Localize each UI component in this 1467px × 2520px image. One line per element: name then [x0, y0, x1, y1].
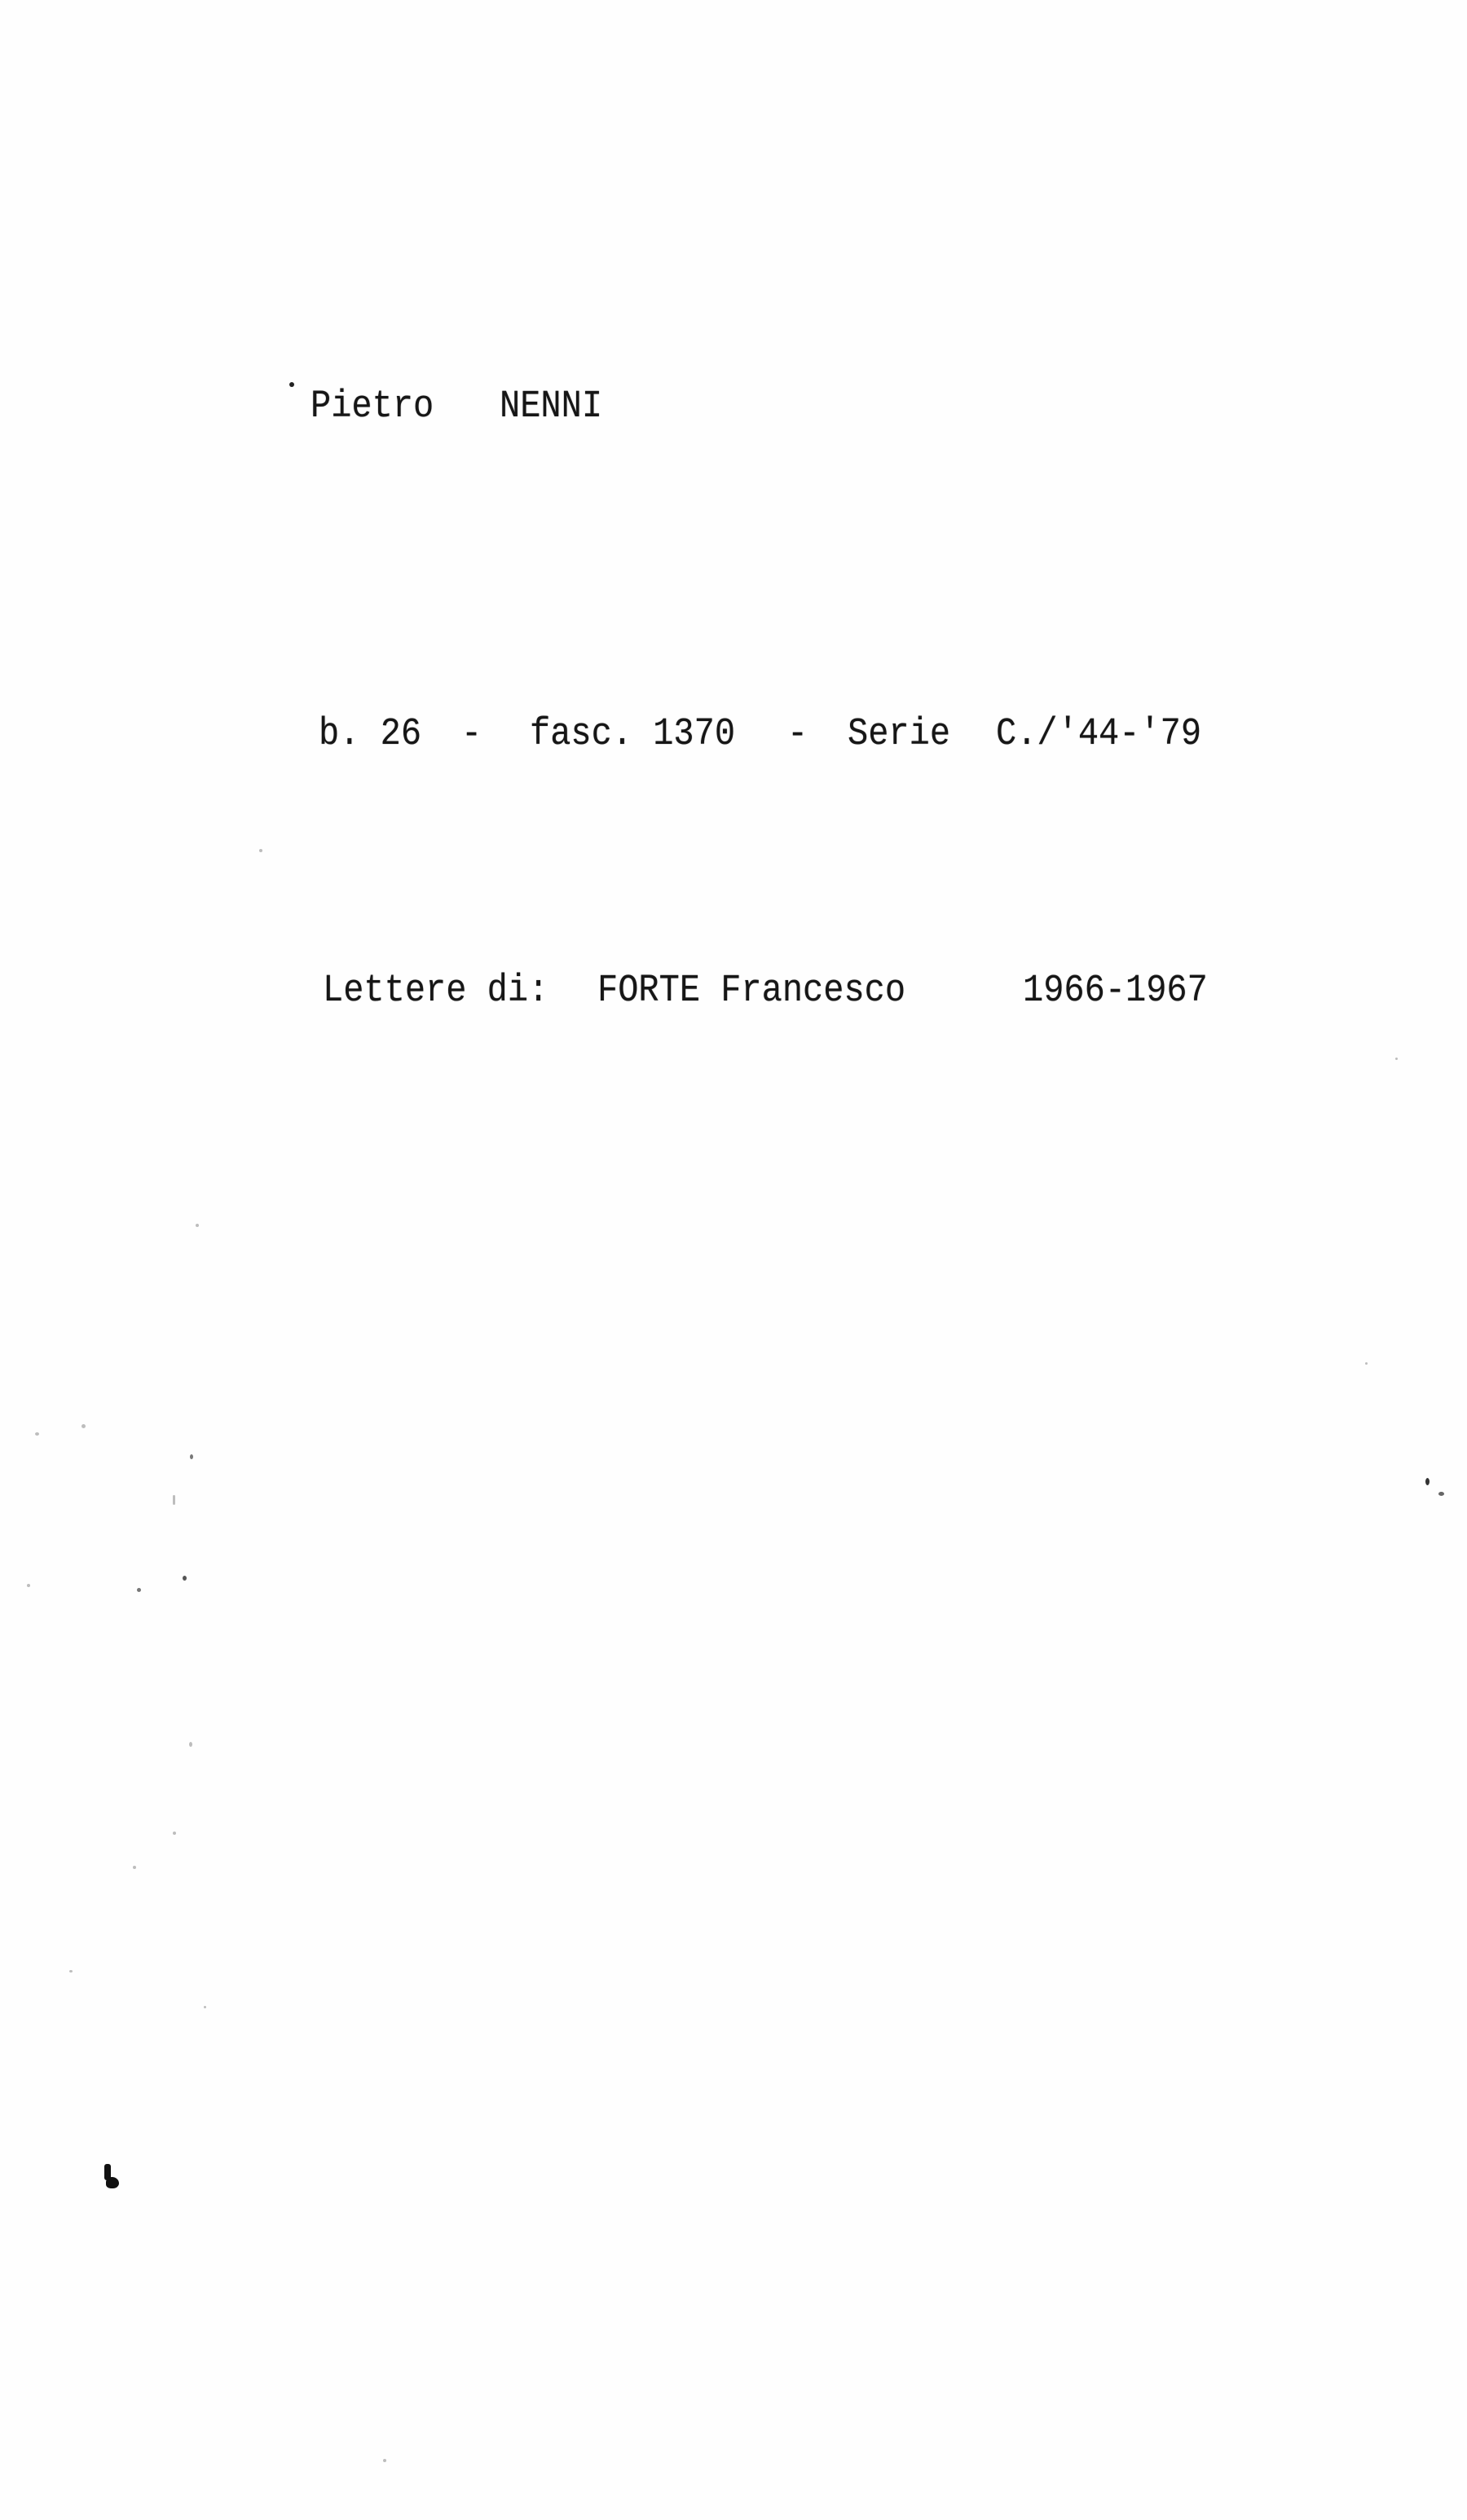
scan-speck	[189, 1742, 192, 1747]
busta-number: b. 26	[319, 715, 421, 753]
letters-label: Lettere di:	[323, 971, 548, 1009]
scan-speck	[1365, 1362, 1368, 1365]
scan-speck	[204, 2006, 206, 2008]
separator: -	[461, 715, 482, 753]
serie-value: C./'44-'79	[996, 715, 1201, 753]
ink-dot	[289, 382, 294, 387]
scan-speck	[383, 2459, 386, 2462]
scan-speck	[259, 849, 262, 852]
serie-label: Serie	[848, 715, 950, 753]
correspondent-name: FORTE Francesco	[597, 971, 905, 1009]
date-range: 1966-1967	[1023, 971, 1208, 1009]
scan-speck	[1438, 1492, 1444, 1496]
scan-speck	[1395, 1058, 1398, 1060]
separator: -	[787, 715, 808, 753]
ink-blot	[103, 2164, 121, 2193]
scan-speck	[190, 1454, 193, 1459]
fascicolo-number: fasc. 1370	[530, 715, 735, 753]
scan-speck	[133, 1866, 136, 1869]
scan-speck	[173, 1832, 176, 1835]
scan-speck	[137, 1588, 141, 1592]
scan-speck	[35, 1432, 39, 1436]
scan-speck	[69, 1970, 73, 1972]
scan-speck	[27, 1584, 30, 1587]
scan-speck	[173, 1495, 175, 1505]
scan-speck	[183, 1576, 187, 1581]
author-first-name: Pietro	[311, 387, 434, 425]
scan-speck	[196, 1224, 199, 1227]
scan-speck	[81, 1424, 86, 1428]
author-surname: NENNI	[500, 387, 602, 425]
scan-speck	[1425, 1478, 1430, 1485]
archival-cover-sheet: Pietro NENNI b. 26 - fasc. 1370 - Serie …	[0, 0, 1467, 2520]
